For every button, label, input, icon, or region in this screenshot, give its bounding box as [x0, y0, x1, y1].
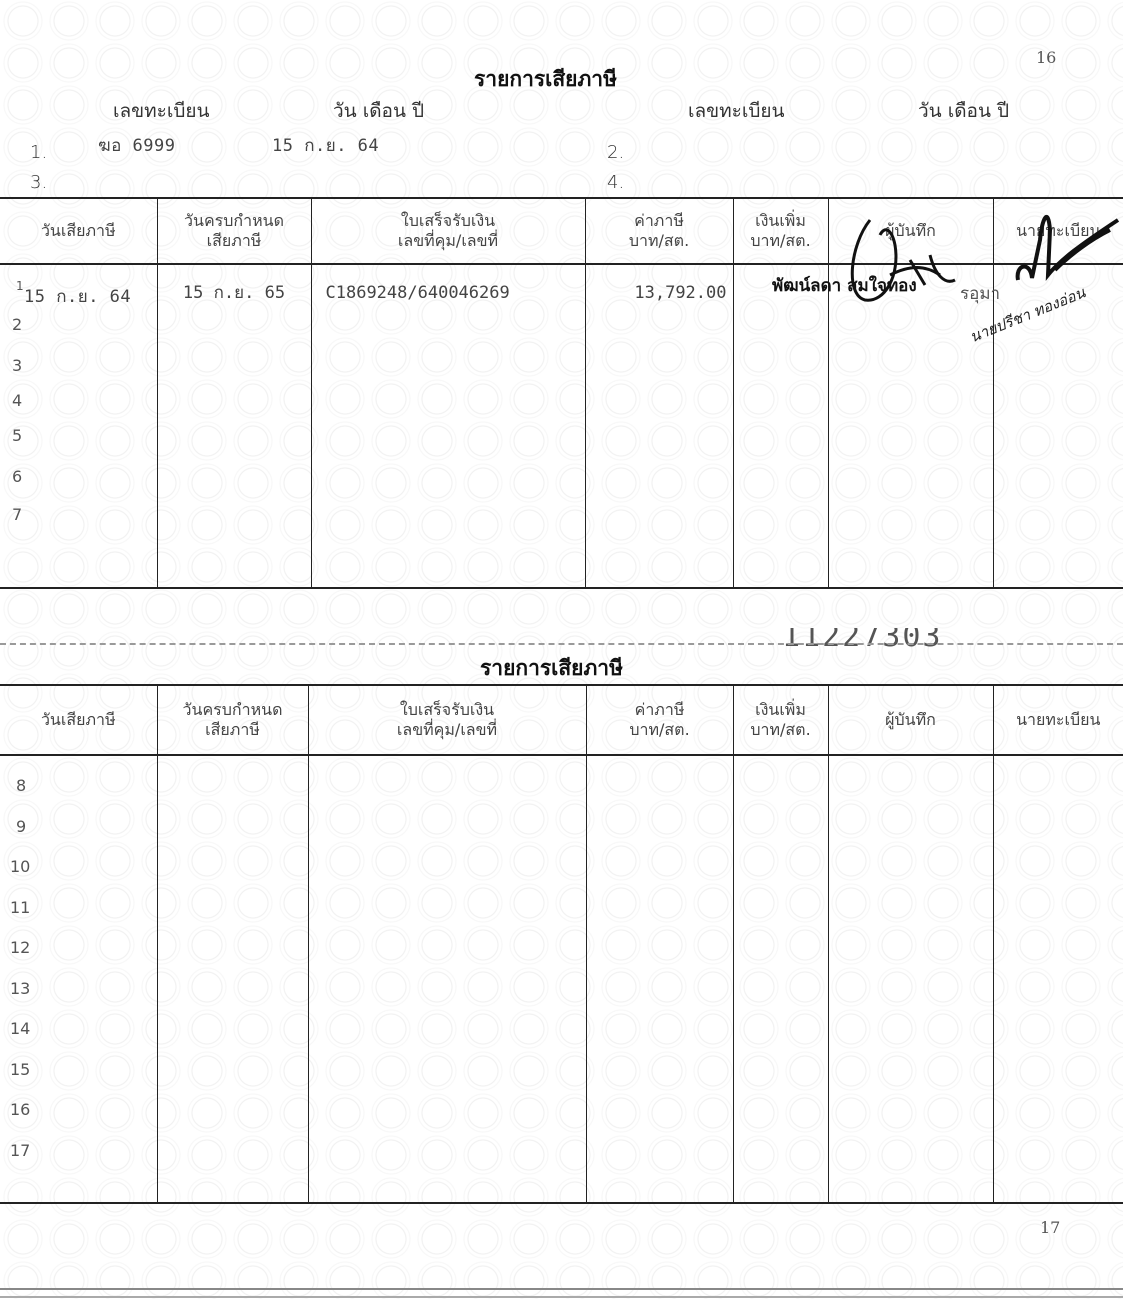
page-title-top: รายการเสียภาษี [474, 63, 617, 96]
row-number-3: 3 [0, 346, 157, 387]
tax-date-column: 1 15 ก.ย. 64 2 3 4 5 6 7 [0, 264, 157, 588]
header-tax-date: วันเสียภาษี [0, 685, 157, 755]
header-surcharge: เงินเพิ่มบาท/สต. [733, 198, 828, 264]
row-number-13: 13 [0, 969, 157, 1010]
tax-amount-column [586, 755, 733, 1203]
registration-index-3: 3. [30, 172, 47, 193]
row-number-11: 11 [0, 888, 157, 929]
registration-plate-label-1: เลขทะเบียน [113, 96, 210, 126]
surcharge-column [733, 755, 828, 1203]
registration-index-1: 1. [30, 142, 47, 163]
cell-receipt-1: C1869248/640046269 [312, 265, 585, 305]
registrar-signature-icon [1010, 200, 1123, 290]
page-number-bottom: 17 [1040, 1218, 1060, 1237]
recorder-column [828, 755, 993, 1203]
receipt-column [308, 755, 586, 1203]
surcharge-column [733, 264, 828, 588]
due-date-column [157, 755, 308, 1203]
header-receipt: ใบเสร็จรับเงินเลขที่คุม/เลขที่ [311, 198, 585, 264]
row-number-1: 1 [16, 279, 24, 293]
registration-date-label-1: วัน เดือน ปี [333, 96, 424, 126]
cell-tax-date-1: 15 ก.ย. 64 [24, 283, 131, 310]
registration-date-label-2: วัน เดือน ปี [918, 96, 1009, 126]
perforation-divider [0, 643, 1123, 645]
tax-date-column: 8 9 10 11 12 13 14 15 16 17 [0, 755, 157, 1203]
header-receipt: ใบเสร็จรับเงินเลขที่คุม/เลขที่ [308, 685, 586, 755]
registration-plate-1: ฆอ 6999 [98, 132, 176, 159]
header-surcharge: เงินเพิ่มบาท/สต. [733, 685, 828, 755]
row-number-10: 10 [0, 847, 157, 888]
header-registrar: นายทะเบียน [993, 685, 1123, 755]
page-title-bottom: รายการเสียภาษี [480, 652, 623, 685]
row-number-9: 9 [0, 807, 157, 848]
header-tax-amount: ค่าภาษีบาท/สต. [585, 198, 733, 264]
cell-tax-amount-1: 13,792.00 [586, 265, 733, 305]
header-tax-amount: ค่าภาษีบาท/สต. [586, 685, 733, 755]
row-number-17: 17 [0, 1131, 157, 1172]
serial-number: 11227303 [782, 628, 943, 650]
row-number-16: 16 [0, 1090, 157, 1131]
row-number-2: 2 [0, 305, 157, 346]
header-recorder: ผู้บันทึก [828, 685, 993, 755]
registration-index-2: 2. [607, 142, 624, 163]
tax-amount-column: 13,792.00 [585, 264, 733, 588]
row-number-6: 6 [0, 457, 157, 498]
row-number-7: 7 [0, 497, 157, 533]
row-number-15: 15 [0, 1050, 157, 1091]
recorder-signature-icon [830, 205, 970, 315]
page-number-top: 16 [1036, 48, 1056, 67]
registration-index-4: 4. [607, 172, 624, 193]
row-number-8: 8 [0, 766, 157, 807]
row-number-4: 4 [0, 386, 157, 416]
row-number-14: 14 [0, 1009, 157, 1050]
header-due-date: วันครบกำหนดเสียภาษี [157, 198, 311, 264]
registration-plate-label-2: เลขทะเบียน [688, 96, 785, 126]
registrar-column [993, 755, 1123, 1203]
cell-due-date-1: 15 ก.ย. 65 [158, 265, 311, 305]
due-date-column: 15 ก.ย. 65 [157, 264, 311, 588]
row-number-5: 5 [0, 416, 157, 457]
page-bottom-edge [0, 1288, 1123, 1298]
tax-payment-table-bottom: วันเสียภาษี วันครบกำหนดเสียภาษี ใบเสร็จร… [0, 684, 1123, 1204]
header-due-date: วันครบกำหนดเสียภาษี [157, 685, 308, 755]
header-tax-date: วันเสียภาษี [0, 198, 157, 264]
row-number-12: 12 [0, 928, 157, 969]
registration-date-1: 15 ก.ย. 64 [272, 132, 379, 159]
receipt-column: C1869248/640046269 [311, 264, 585, 588]
